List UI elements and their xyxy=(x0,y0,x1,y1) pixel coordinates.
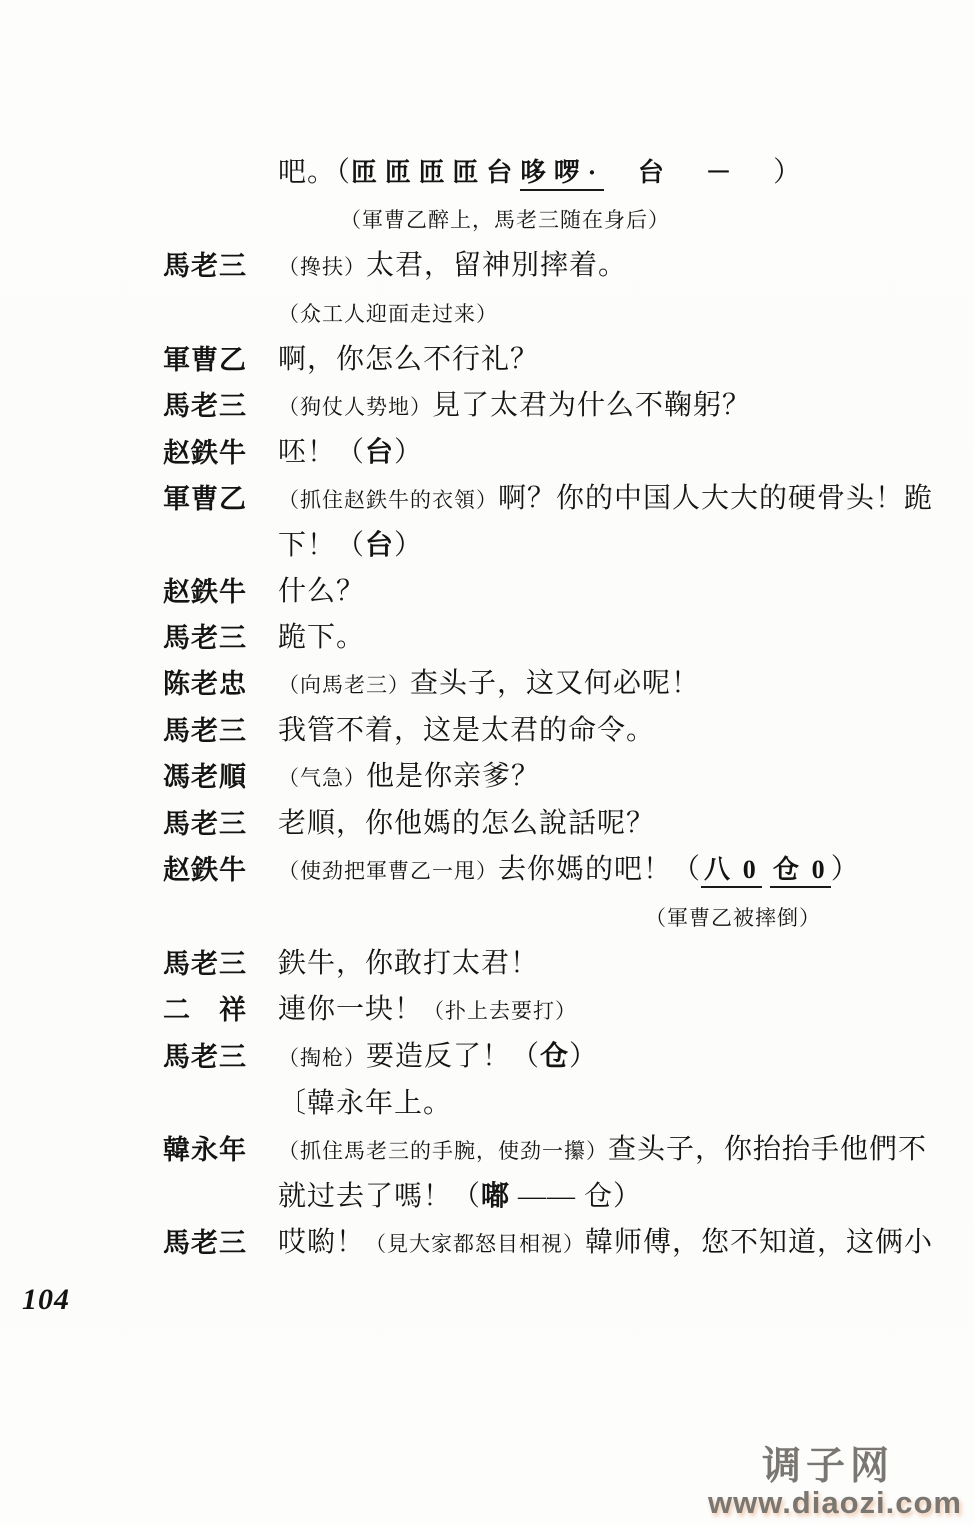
line-text: 老順，你他媽的怎么說話呢？ xyxy=(278,801,934,847)
script-line: 馬老三鉄牛，你敢打太君！ xyxy=(163,941,934,987)
line-text: 什么？ xyxy=(278,569,934,615)
text-segment: （掏枪） xyxy=(278,1046,366,1070)
line-text: （軍曹乙被摔倒） xyxy=(278,894,934,941)
text-segment: （向馬老三） xyxy=(278,673,410,697)
speaker-name: 軍曹乙 xyxy=(163,476,278,522)
text-segment: 查头子，这又何必呢！ xyxy=(410,668,700,699)
speaker-name: 韓永年 xyxy=(163,1127,278,1173)
line-text: （使劲把軍曹乙一甩）去你媽的吧！（八 0 仓 0） xyxy=(278,847,934,894)
line-text: （狗仗人势地）見了太君为什么不鞠躬？ xyxy=(278,383,934,430)
text-segment: 仓 0 xyxy=(770,855,831,888)
stage-direction-line: 吧。（匝匝匝匝台哆啰· 台 － ） xyxy=(163,150,934,196)
text-segment: ） xyxy=(394,437,423,468)
text-segment: 呸！（ xyxy=(278,437,365,468)
text-segment: 匝匝匝匝台 xyxy=(351,158,520,187)
line-text: 連你一块！（扑上去要打） xyxy=(278,987,934,1034)
script-line: 陈老忠（向馬老三）查头子，这又何必呢！ xyxy=(163,661,934,708)
script-line: 韓永年（抓住馬老三的手腕，使劲一攥）查头子，你抬抬手他們不就过去了嗎！（嘟 ——… xyxy=(163,1127,934,1220)
script-line: 軍曹乙（抓住赵鉄牛的衣領）啊？你的中国人大大的硬骨头！跪下！（台） xyxy=(163,476,934,569)
line-text: （抓住赵鉄牛的衣領）啊？你的中国人大大的硬骨头！跪下！（台） xyxy=(278,476,934,569)
text-segment: 太君，留神別摔着。 xyxy=(366,250,627,281)
script-line: 馬老三跪下。 xyxy=(163,615,934,661)
speaker-name: 馬老三 xyxy=(163,801,278,847)
text-segment: 仓 xyxy=(540,1041,569,1072)
text-segment: （見大家都怒目相視） xyxy=(365,1232,585,1256)
text-segment: 韓师傅，您不知道，这俩小 xyxy=(585,1227,933,1258)
line-text: 呸！（台） xyxy=(278,430,934,476)
watermark: 调子网 www.diaozi.com xyxy=(708,1447,962,1520)
script-line: 軍曹乙啊，你怎么不行礼？ xyxy=(163,337,934,383)
text-segment: 吧。（ xyxy=(278,157,351,188)
text-segment: 台 xyxy=(365,530,394,561)
text-segment: ） xyxy=(831,854,860,885)
text-segment: （抓住馬老三的手腕，使劲一攥） xyxy=(278,1139,608,1163)
text-segment: 我管不着，这是太君的命令。 xyxy=(278,715,655,746)
script-line: 馬老三我管不着，这是太君的命令。 xyxy=(163,708,934,754)
text-segment: 去你媽的吧！（ xyxy=(498,854,701,885)
stage-direction-line: （众工人迎面走过来） xyxy=(163,290,934,337)
text-segment: 台 xyxy=(365,437,394,468)
line-text: （掏枪）要造反了！（仓） xyxy=(278,1034,934,1081)
text-segment: （軍曹乙被摔倒） xyxy=(645,906,821,930)
text-segment: 什么？ xyxy=(278,576,365,607)
script-line: 馬老三（狗仗人势地）見了太君为什么不鞠躬？ xyxy=(163,383,934,430)
line-text: （抓住馬老三的手腕，使劲一攥）查头子，你抬抬手他們不就过去了嗎！（嘟 —— 仓） xyxy=(278,1127,934,1220)
text-segment: 啊，你怎么不行礼？ xyxy=(278,344,539,375)
speaker-name: 馬老三 xyxy=(163,615,278,661)
script-line: 二 祥連你一块！（扑上去要打） xyxy=(163,987,934,1034)
scanned-script-page: 吧。（匝匝匝匝台哆啰· 台 － ）（軍曹乙醉上，馬老三随在身后）馬老三（搀扶）太… xyxy=(0,0,974,1524)
text-segment: 他是你亲爹？ xyxy=(366,761,540,792)
line-text: 吧。（匝匝匝匝台哆啰· 台 － ） xyxy=(278,150,934,196)
stage-direction-line: （軍曹乙被摔倒） xyxy=(163,894,934,941)
text-segment: 要造反了！（ xyxy=(366,1041,540,1072)
speaker-name: 馬老三 xyxy=(163,1220,278,1266)
text-segment: 鉄牛，你敢打太君！ xyxy=(278,948,539,979)
line-text: （众工人迎面走过来） xyxy=(278,290,934,337)
text-segment: ） xyxy=(569,1041,598,1072)
line-text: 〔韓永年上。 xyxy=(278,1081,934,1127)
line-text: 跪下。 xyxy=(278,615,934,661)
speaker-name: 赵鉄牛 xyxy=(163,430,278,476)
stage-direction-line: 〔韓永年上。 xyxy=(163,1081,934,1127)
speaker-name: 赵鉄牛 xyxy=(163,847,278,893)
text-segment: 八 0 xyxy=(701,855,762,888)
watermark-site-url: www.diaozi.com xyxy=(708,1487,962,1520)
text-segment: 連你一块！ xyxy=(278,994,423,1025)
speaker-name: 馬老三 xyxy=(163,941,278,987)
speaker-name: 馬老三 xyxy=(163,383,278,429)
text-segment: （气急） xyxy=(278,766,366,790)
speaker-name: 馬老三 xyxy=(163,1034,278,1080)
script-lines: 吧。（匝匝匝匝台哆啰· 台 － ）（軍曹乙醉上，馬老三随在身后）馬老三（搀扶）太… xyxy=(0,0,974,1267)
text-segment: 哎喲！ xyxy=(278,1227,365,1258)
speaker-name: 軍曹乙 xyxy=(163,337,278,383)
text-segment: （扑上去要打） xyxy=(423,999,577,1023)
line-text: （向馬老三）查头子，这又何必呢！ xyxy=(278,661,934,708)
text-segment: —— 仓） xyxy=(510,1181,642,1212)
script-line: 赵鉄牛（使劲把軍曹乙一甩）去你媽的吧！（八 0 仓 0） xyxy=(163,847,934,894)
text-segment: 嘟 xyxy=(481,1181,510,1212)
text-segment: ） xyxy=(394,530,423,561)
script-line: 赵鉄牛什么？ xyxy=(163,569,934,615)
line-text: 哎喲！（見大家都怒目相視）韓师傅，您不知道，这俩小 xyxy=(278,1220,934,1267)
speaker-name: 馬老三 xyxy=(163,243,278,289)
line-text: （搀扶）太君，留神別摔着。 xyxy=(278,243,934,290)
script-line: 馬老三老順，你他媽的怎么說話呢？ xyxy=(163,801,934,847)
stage-direction-line: （軍曹乙醉上，馬老三随在身后） xyxy=(163,196,934,243)
speaker-name: 馮老順 xyxy=(163,754,278,800)
text-segment: ） xyxy=(773,157,802,188)
text-segment: （軍曹乙醉上，馬老三随在身后） xyxy=(340,208,670,232)
text-segment: （狗仗人势地） xyxy=(278,395,432,419)
text-segment: 見了太君为什么不鞠躬？ xyxy=(432,390,751,421)
speaker-name: 陈老忠 xyxy=(163,661,278,707)
text-segment: （使劲把軍曹乙一甩） xyxy=(278,859,498,883)
text-segment: 跪下。 xyxy=(278,622,365,653)
text-segment: 〔韓永年上。 xyxy=(278,1088,452,1119)
watermark-site-name: 调子网 xyxy=(708,1447,962,1488)
speaker-name: 馬老三 xyxy=(163,708,278,754)
text-segment xyxy=(762,854,770,885)
line-text: 我管不着，这是太君的命令。 xyxy=(278,708,934,754)
line-text: 啊，你怎么不行礼？ xyxy=(278,337,934,383)
script-line: 馬老三（掏枪）要造反了！（仓） xyxy=(163,1034,934,1081)
script-line: 馬老三哎喲！（見大家都怒目相視）韓师傅，您不知道，这俩小 xyxy=(163,1220,934,1267)
text-segment: 哆啰· xyxy=(520,158,604,191)
text-segment: 老順，你他媽的怎么說話呢？ xyxy=(278,808,655,839)
line-text: （气急）他是你亲爹？ xyxy=(278,754,934,801)
speaker-name: 赵鉄牛 xyxy=(163,569,278,615)
script-line: 馮老順（气急）他是你亲爹？ xyxy=(163,754,934,801)
script-line: 赵鉄牛呸！（台） xyxy=(163,430,934,476)
page-number: 104 xyxy=(22,1283,974,1317)
text-segment: （众工人迎面走过来） xyxy=(278,302,498,326)
text-segment: （搀扶） xyxy=(278,255,366,279)
text-segment: 台 － xyxy=(604,158,773,187)
speaker-name: 二 祥 xyxy=(163,987,278,1033)
script-line: 馬老三（搀扶）太君，留神別摔着。 xyxy=(163,243,934,290)
line-text: （軍曹乙醉上，馬老三随在身后） xyxy=(278,196,934,243)
text-segment: （抓住赵鉄牛的衣領） xyxy=(278,488,498,512)
line-text: 鉄牛，你敢打太君！ xyxy=(278,941,934,987)
